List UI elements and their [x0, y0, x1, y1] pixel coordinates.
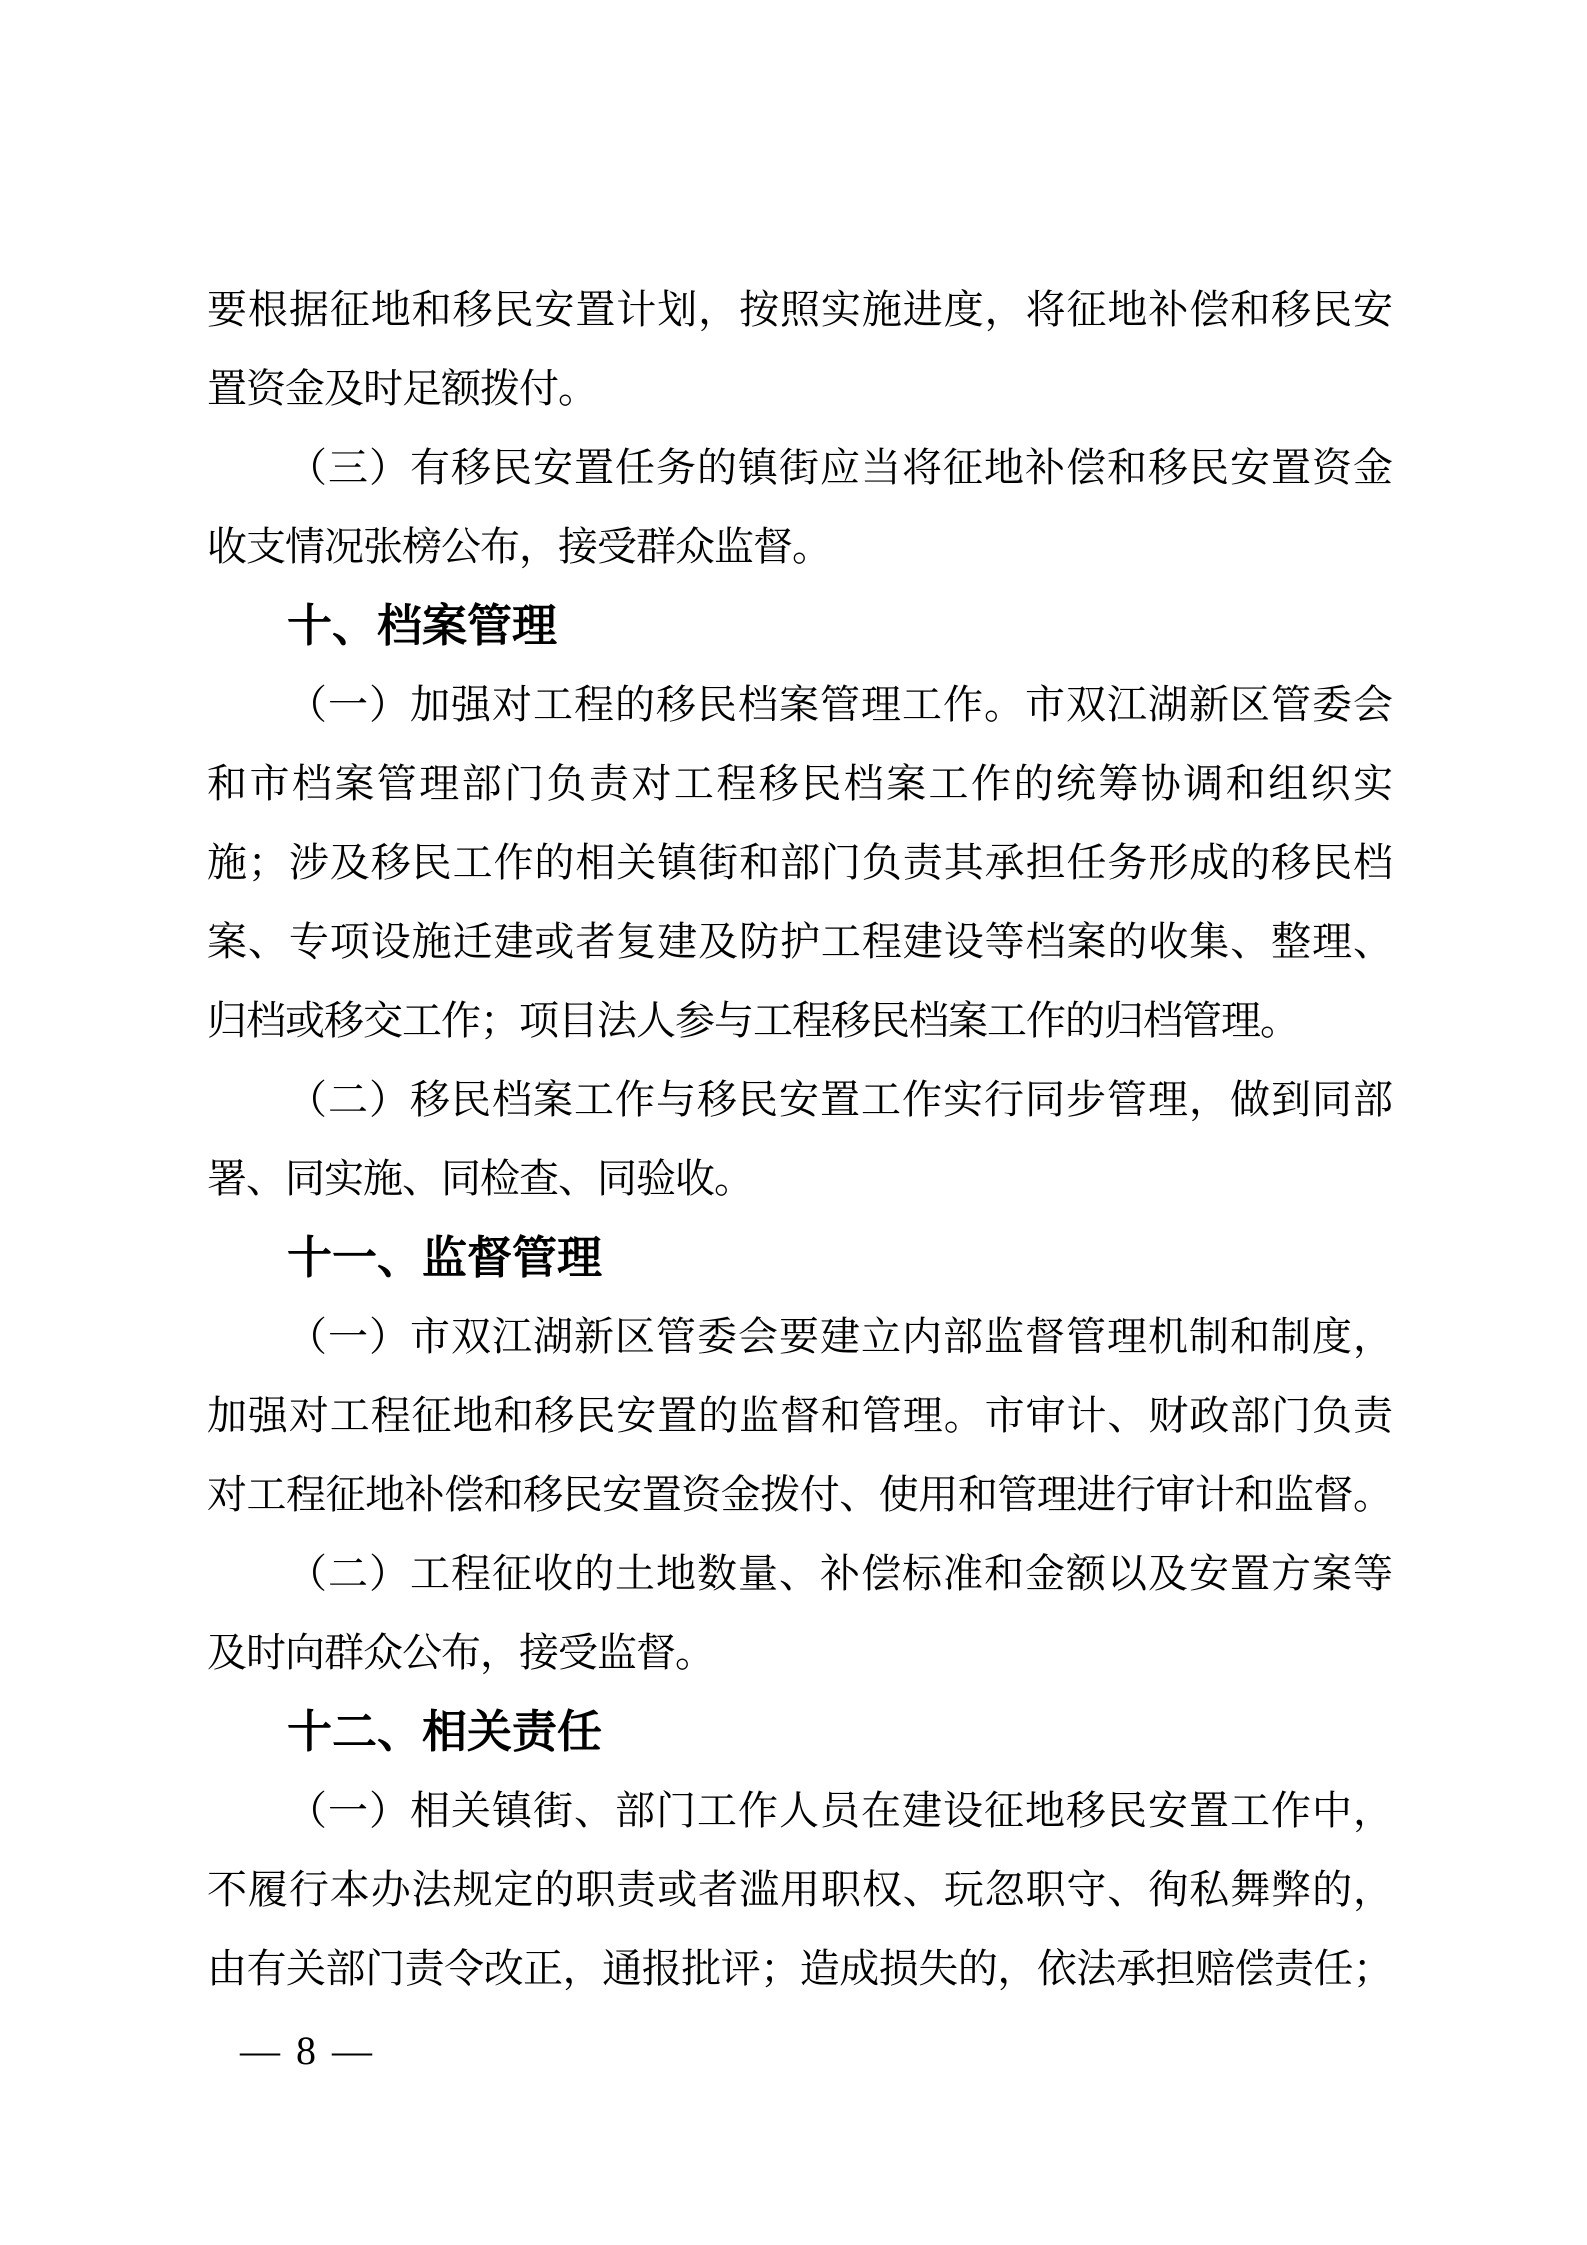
text-line: 案、专项设施迁建或者复建及防护工程建设等档案的收集、整理、 — [207, 902, 1392, 981]
section-heading: 十一、监督管理 — [207, 1218, 1392, 1297]
text-line: （一）相关镇街、部门工作人员在建设征地移民安置工作中， — [207, 1771, 1392, 1850]
text-line: 由有关部门责令改正，通报批评；造成损失的，依法承担赔偿责任； — [207, 1929, 1392, 2008]
text-line: 归档或移交工作；项目法人参与工程移民档案工作的归档管理。 — [207, 981, 1392, 1060]
text-line: 不履行本办法规定的职责或者滥用职权、玩忽职守、徇私舞弊的， — [207, 1850, 1392, 1929]
text-line: 及时向群众公布，接受监督。 — [207, 1613, 1392, 1692]
section-heading: 十、档案管理 — [207, 586, 1392, 665]
text-line: 加强对工程征地和移民安置的监督和管理。市审计、财政部门负责 — [207, 1376, 1392, 1455]
section-heading: 十二、相关责任 — [207, 1692, 1392, 1771]
text-line: （一）加强对工程的移民档案管理工作。市双江湖新区管委会 — [207, 665, 1392, 744]
page-number: — 8 — — [240, 2021, 375, 2081]
text-line: （三）有移民安置任务的镇街应当将征地补偿和移民安置资金 — [207, 428, 1392, 507]
text-line: 对工程征地补偿和移民安置资金拨付、使用和管理进行审计和监督。 — [207, 1455, 1392, 1534]
document-page: 要根据征地和移民安置计划，按照实施进度，将征地补偿和移民安置资金及时足额拨付。（… — [0, 0, 1587, 2245]
text-line: 要根据征地和移民安置计划，按照实施进度，将征地补偿和移民安 — [207, 270, 1392, 349]
text-line: （二）工程征收的土地数量、补偿标准和金额以及安置方案等 — [207, 1534, 1392, 1613]
text-line: （一）市双江湖新区管委会要建立内部监督管理机制和制度， — [207, 1297, 1392, 1376]
text-line: 施；涉及移民工作的相关镇街和部门负责其承担任务形成的移民档 — [207, 823, 1392, 902]
text-line: 置资金及时足额拨付。 — [207, 349, 1392, 428]
text-line: 收支情况张榜公布，接受群众监督。 — [207, 507, 1392, 586]
text-line: 署、同实施、同检查、同验收。 — [207, 1139, 1392, 1218]
document-body: 要根据征地和移民安置计划，按照实施进度，将征地补偿和移民安置资金及时足额拨付。（… — [207, 270, 1392, 2008]
text-line: 和市档案管理部门负责对工程移民档案工作的统筹协调和组织实 — [207, 744, 1392, 823]
text-line: （二）移民档案工作与移民安置工作实行同步管理，做到同部 — [207, 1060, 1392, 1139]
